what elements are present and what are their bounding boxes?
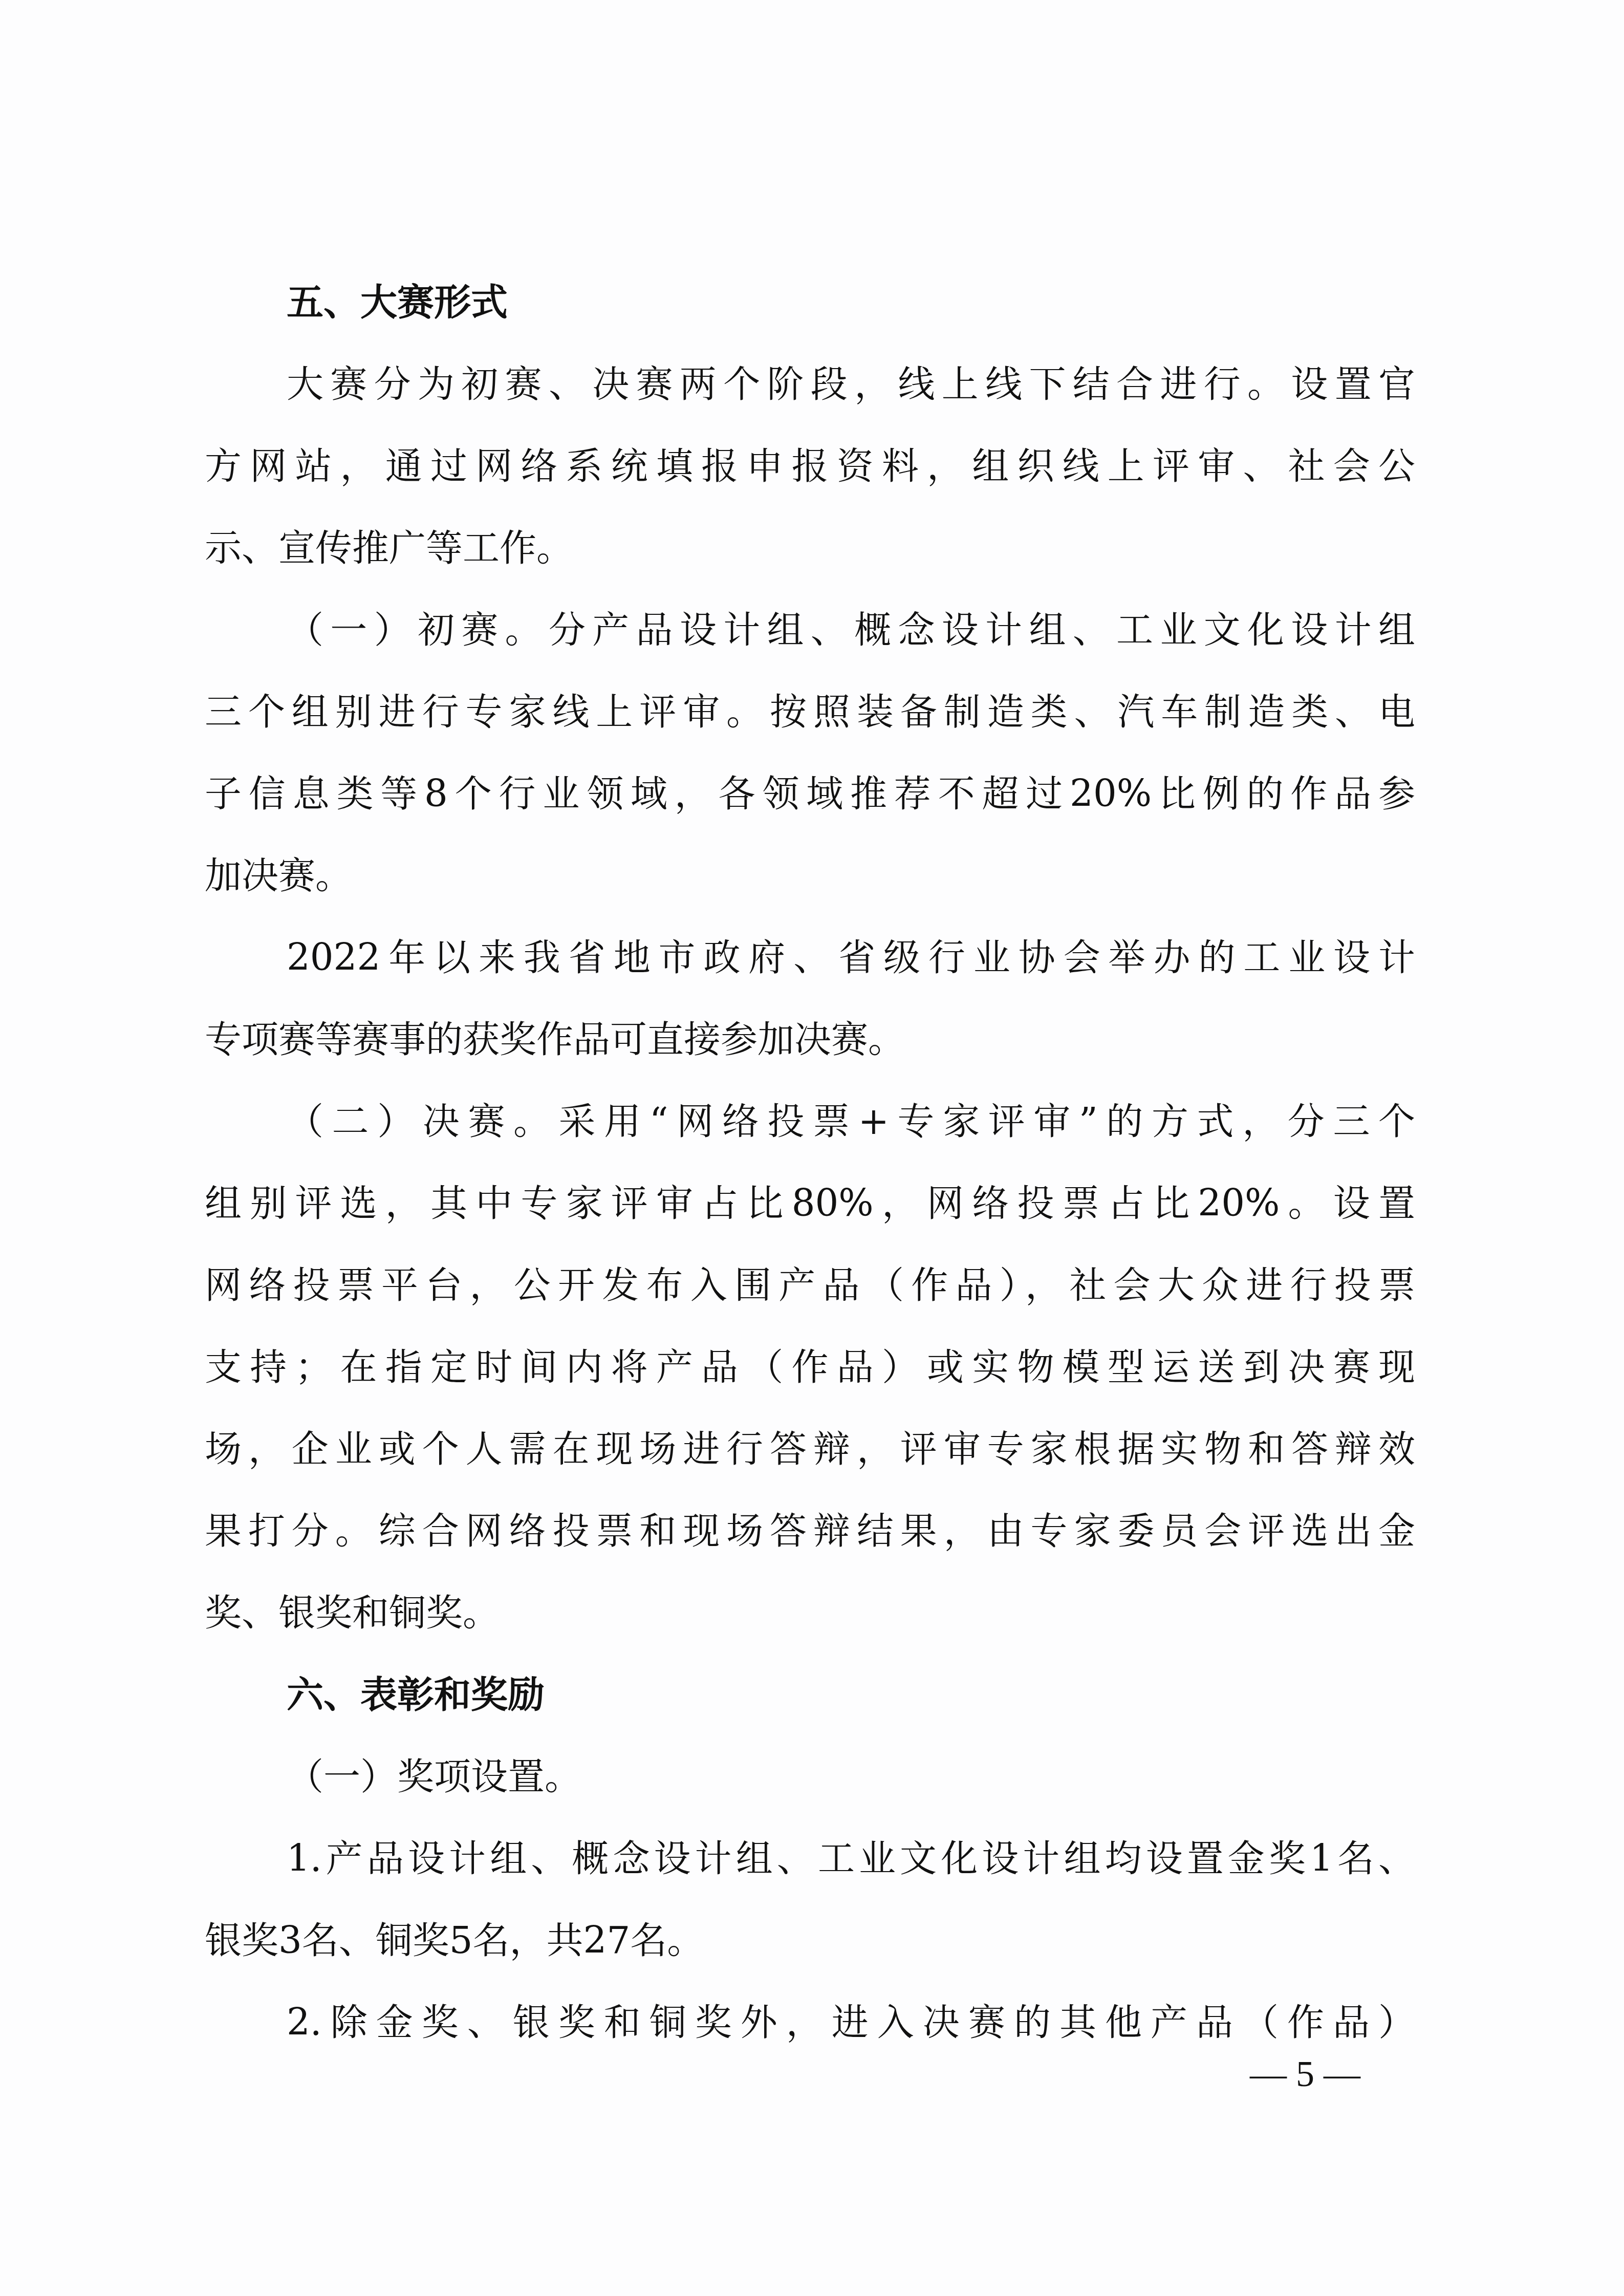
paragraph-line: 三个组别进行专家线上评审。按照装备制造类、汽车制造类、电 [205, 671, 1415, 753]
paragraph-text: 采用“网络投票+专家评审”的方式，分三个 [559, 1100, 1415, 1143]
paragraph-line: 2022年以来我省地市政府、省级行业协会举办的工业设计 [205, 916, 1415, 998]
paragraph-line: 方网站，通过网络系统填报申报资料，组织线上评审、社会公 [205, 425, 1415, 507]
paragraph-text: 分产品设计组、概念设计组、工业文化设计组 [549, 608, 1415, 651]
paragraph-line: 支持；在指定时间内将产品（作品）或实物模型运送到决赛现 [205, 1326, 1415, 1408]
subsection-label-award-setup: （一）奖项设置。 [205, 1735, 1415, 1817]
paragraph-line: 示、宣传推广等工作。 [205, 507, 1415, 589]
paragraph-line: 奖、银奖和铜奖。 [205, 1572, 1415, 1654]
paragraph-line: 组别评选，其中专家评审占比80%，网络投票占比20%。设置 [205, 1162, 1415, 1244]
list-item-2-line: 2.除金奖、银奖和铜奖外，进入决赛的其他产品（作品） [205, 1981, 1415, 2063]
paragraph-final-first-line: （二）决赛。采用“网络投票+专家评审”的方式，分三个 [205, 1080, 1415, 1162]
subsection-label-final: （二）决赛。 [287, 1100, 559, 1143]
paragraph-line: 加决赛。 [205, 834, 1415, 916]
list-item-1-line: 1.产品设计组、概念设计组、工业文化设计组均设置金奖1名、 [205, 1817, 1415, 1899]
paragraph-line: 大赛分为初赛、决赛两个阶段，线上线下结合进行。设置官 [205, 343, 1415, 425]
page-number: — 5 — [1218, 2053, 1392, 2095]
paragraph-line: 果打分。综合网络投票和现场答辩结果，由专家委员会评选出金 [205, 1490, 1415, 1572]
document-page: 五、大赛形式 大赛分为初赛、决赛两个阶段，线上线下结合进行。设置官 方网站，通过… [205, 261, 1415, 2063]
paragraph-line: 子信息类等8个行业领域，各领域推荐不超过20%比例的作品参 [205, 753, 1415, 834]
section-heading-competition-format: 五、大赛形式 [205, 261, 1415, 343]
paragraph-line: 专项赛等赛事的获奖作品可直接参加决赛。 [205, 998, 1415, 1080]
list-item-1-line: 银奖3名、铜奖5名，共27名。 [205, 1899, 1415, 1981]
section-heading-awards: 六、表彰和奖励 [205, 1654, 1415, 1735]
paragraph-preliminary-first-line: （一）初赛。分产品设计组、概念设计组、工业文化设计组 [205, 589, 1415, 671]
paragraph-line: 网络投票平台，公开发布入围产品（作品），社会大众进行投票 [205, 1244, 1415, 1326]
paragraph-line: 场，企业或个人需在现场进行答辩，评审专家根据实物和答辩效 [205, 1408, 1415, 1490]
subsection-label-preliminary: （一）初赛。 [287, 608, 549, 651]
